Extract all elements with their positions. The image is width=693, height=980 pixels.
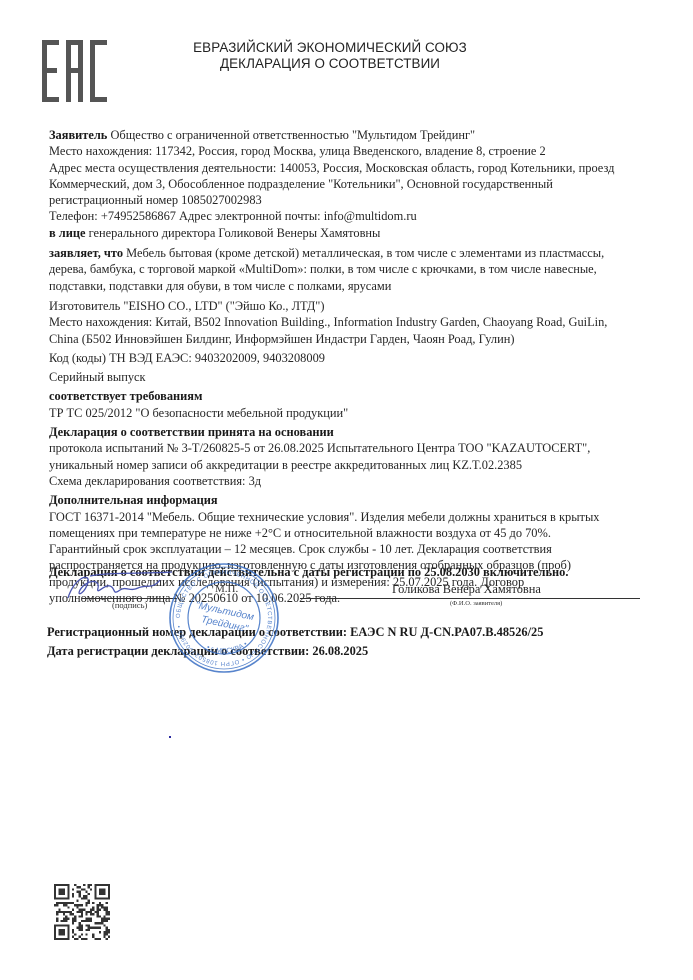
declaration-body: Заявитель Общество с ограниченной ответс…	[49, 127, 669, 606]
declares-line-2: дерева, бамбука, с торговой маркой «Mult…	[49, 261, 669, 277]
declaration-scheme: Схема декларирования соответствия: 3д	[49, 473, 669, 489]
signer-name: Голикова Венера Хамятовна	[392, 582, 541, 597]
manufacturer-location-2: China (Б502 Инновэйшен Билдинг, Информэй…	[49, 331, 669, 347]
additional-line-2: помещениях при температуре не ниже +2°С …	[49, 525, 669, 541]
basis-line-2: уникальный номер записи об аккредитации …	[49, 457, 669, 473]
represented-label: в лице	[49, 226, 86, 240]
additional-heading: Дополнительная информация	[49, 493, 218, 507]
additional-line-3: Гарантийный срок эксплуатации – 12 месяц…	[49, 541, 669, 557]
manufacturer-location-1: Место нахождения: Китай, B502 Innovation…	[49, 314, 669, 330]
activity-address-1: Адрес места осуществления деятельности: …	[49, 160, 669, 176]
hs-codes: Код (коды) ТН ВЭД ЕАЭС: 9403202009, 9403…	[49, 350, 669, 366]
production-type: Серийный выпуск	[49, 369, 669, 385]
basis-heading: Декларация о соответствии принята на осн…	[49, 425, 334, 439]
signature-caption: (подпись)	[112, 600, 147, 610]
header-declaration-title: ДЕКЛАРАЦИЯ О СООТВЕТСТВИИ	[140, 56, 520, 72]
applicant-contacts: Телефон: +74952586867 Адрес электронной …	[49, 208, 669, 224]
declares-line-1: заявляет, что Мебель бытовая (кроме детс…	[49, 245, 669, 261]
activity-address-3: регистрационный номер 1085027002983	[49, 192, 669, 208]
represented-line: в лице генерального директора Голиковой …	[49, 225, 669, 241]
registration-number: Регистрационный номер декларации о соотв…	[47, 625, 543, 640]
document-header: ЕВРАЗИЙСКИЙ ЭКОНОМИЧЕСКИЙ СОЮЗ ДЕКЛАРАЦИ…	[140, 40, 520, 72]
declares-text-1: Мебель бытовая (кроме детской) металличе…	[123, 246, 604, 260]
header-union-title: ЕВРАЗИЙСКИЙ ЭКОНОМИЧЕСКИЙ СОЮЗ	[140, 40, 520, 56]
signer-caption: (Ф.И.О. заявителя)	[450, 600, 502, 607]
eac-mark-icon	[42, 40, 108, 102]
applicant-name: Общество с ограниченной ответственностью…	[107, 128, 475, 142]
applicant-line: Заявитель Общество с ограниченной ответс…	[49, 127, 669, 143]
requirements-heading: соответствует требованиям	[49, 389, 202, 403]
requirements-text: ТР ТС 025/2012 "О безопасности мебельной…	[49, 405, 669, 421]
declares-line-3: подставки, подставки для обуви, в том чи…	[49, 278, 669, 294]
represented-by: генерального директора Голиковой Венеры …	[86, 226, 381, 240]
activity-address-2: Коммерческий, дом 3, Обособленное подраз…	[49, 176, 669, 192]
manufacturer-name: Изготовитель "EISHO CO., LTD" ("Эйшо Ко.…	[49, 298, 669, 314]
qr-code-icon	[54, 884, 110, 940]
declares-label: заявляет, что	[49, 246, 123, 260]
signature-line	[82, 598, 177, 599]
applicant-location: Место нахождения: 117342, Россия, город …	[49, 143, 669, 159]
basis-line-1: протокола испытаний № 3-Т/260825-5 от 26…	[49, 440, 669, 456]
company-stamp-icon: ОБЩЕСТВО С ОГРАНИЧЕННОЙ ОТВЕТСТВЕННОСТЬЮ…	[168, 562, 280, 674]
stamp-bottom-text: • г. МОСКВА •	[205, 640, 249, 655]
additional-line-1: ГОСТ 16371-2014 "Мебель. Общие техническ…	[49, 509, 669, 525]
applicant-label: Заявитель	[49, 128, 107, 142]
scan-speck	[169, 736, 171, 738]
svg-text:• г. МОСКВА •: • г. МОСКВА •	[205, 640, 249, 655]
signer-name-line	[300, 598, 640, 599]
